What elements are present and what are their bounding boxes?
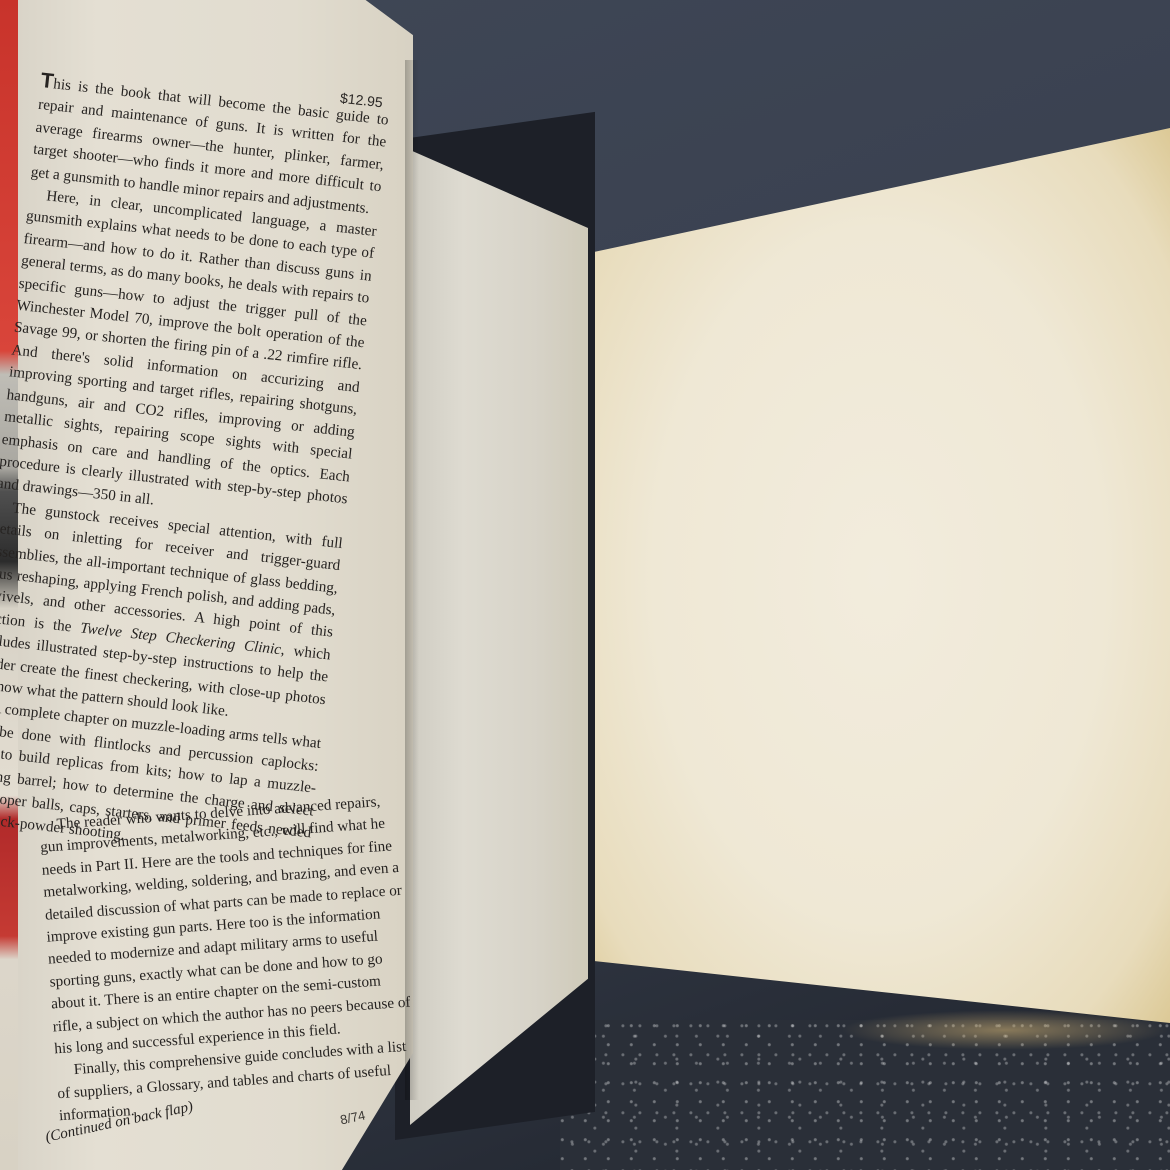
blank-endpaper [588,128,1170,1023]
blurb-paragraph-5: The reader who wants to delve into advan… [38,790,414,1061]
blurb-paragraph-3: The gunstock receives special attention,… [0,495,344,733]
book-photo: $12.95 This is the book that will become… [0,0,1170,1170]
flap-blurb-lower: The reader who wants to delve into advan… [38,790,419,1128]
blank-flyleaf [410,150,588,1125]
blurb-paragraph-2: Here, in clear, uncomplicated language, … [0,183,378,533]
endpaper-foxing [840,1010,1170,1050]
